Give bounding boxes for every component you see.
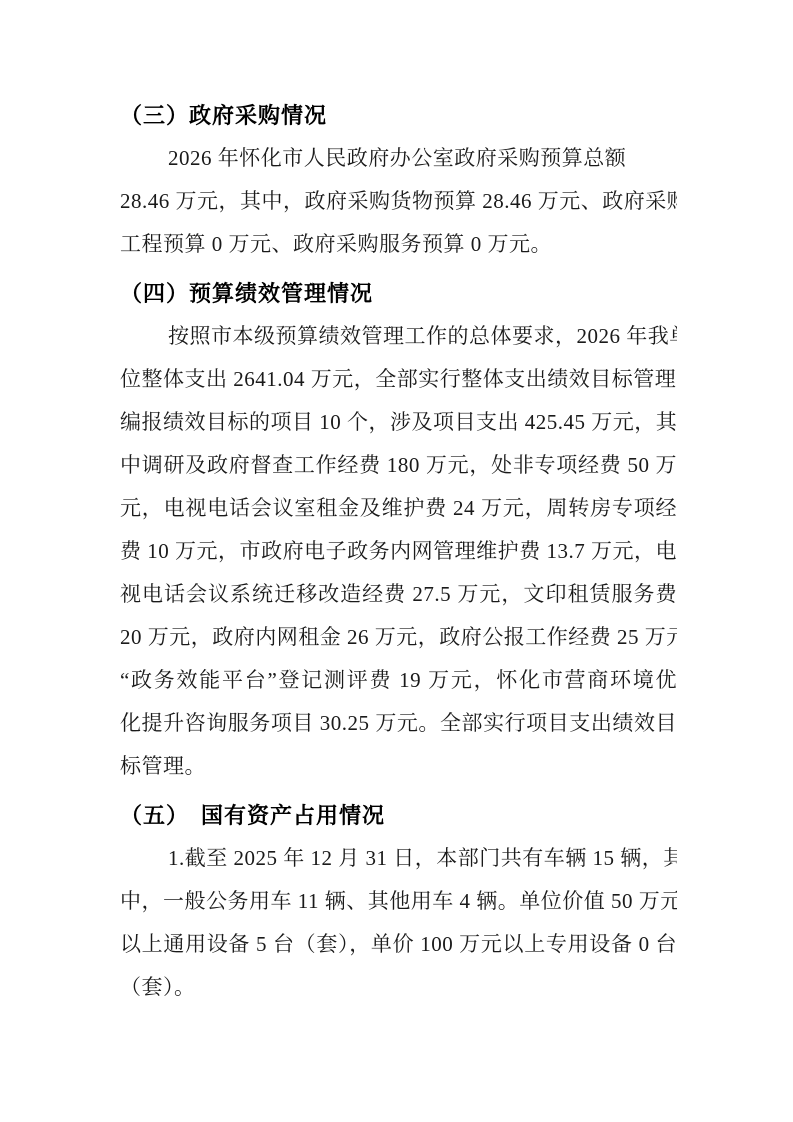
section-heading-performance: （四）预算绩效管理情况 bbox=[120, 272, 677, 315]
section-heading-procurement: （三）政府采购情况 bbox=[120, 94, 677, 137]
text-line: 编报绩效目标的项目 10 个，涉及项目支出 425.45 万元，其 bbox=[120, 401, 677, 444]
text-line: 费 10 万元，市政府电子政务内网管理维护费 13.7 万元，电 bbox=[120, 530, 677, 573]
text-line: “政务效能平台”登记测评费 19 万元，怀化市营商环境优 bbox=[120, 659, 677, 702]
text-line: 化提升咨询服务项目 30.25 万元。全部实行项目支出绩效目 bbox=[120, 702, 677, 745]
text-line: 按照市本级预算绩效管理工作的总体要求，2026 年我单 bbox=[120, 315, 677, 358]
text-line: 元，电视电话会议室租金及维护费 24 万元，周转房专项经 bbox=[120, 487, 677, 530]
text-line: 标管理。 bbox=[120, 745, 677, 788]
document-page: （三）政府采购情况 2026 年怀化市人民政府办公室政府采购预算总额 28.46… bbox=[0, 0, 793, 1122]
text-line: 1.截至 2025 年 12 月 31 日，本部门共有车辆 15 辆，其 bbox=[120, 837, 677, 880]
text-line: 工程预算 0 万元、政府采购服务预算 0 万元。 bbox=[120, 223, 677, 266]
text-line: 28.46 万元，其中，政府采购货物预算 28.46 万元、政府采购 bbox=[120, 180, 677, 223]
text-line: 2026 年怀化市人民政府办公室政府采购预算总额 bbox=[120, 137, 677, 180]
text-line: 以上通用设备 5 台（套），单价 100 万元以上专用设备 0 台 bbox=[120, 923, 677, 966]
content-area: （三）政府采购情况 2026 年怀化市人民政府办公室政府采购预算总额 28.46… bbox=[120, 94, 677, 1009]
text-line: 中调研及政府督查工作经费 180 万元，处非专项经费 50 万 bbox=[120, 444, 677, 487]
section-heading-state-assets: （五） 国有资产占用情况 bbox=[120, 794, 677, 837]
text-line: 20 万元，政府内网租金 26 万元，政府公报工作经费 25 万元， bbox=[120, 616, 677, 659]
text-line: 中，一般公务用车 11 辆、其他用车 4 辆。单位价值 50 万元 bbox=[120, 880, 677, 923]
text-line: 位整体支出 2641.04 万元，全部实行整体支出绩效目标管理， bbox=[120, 358, 677, 401]
text-line: （套）。 bbox=[120, 966, 677, 1009]
text-line: 视电话会议系统迁移改造经费 27.5 万元，文印租赁服务费 bbox=[120, 573, 677, 616]
